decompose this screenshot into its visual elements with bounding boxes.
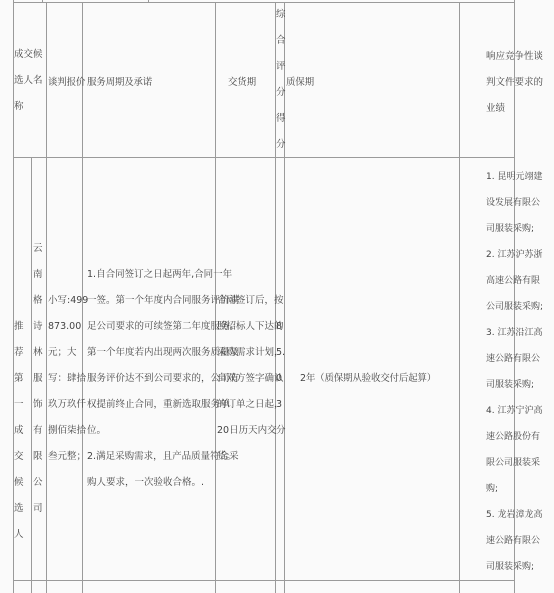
cell-text: 5. 龙岩漳龙高 xyxy=(486,502,548,528)
cell-text: 云 xyxy=(33,236,45,262)
cell-text: 采购需求计划， xyxy=(217,340,277,366)
cell-text: 4. 江苏宁沪高 xyxy=(486,398,548,424)
cell-text: 司 xyxy=(33,496,45,522)
header-text: 评 xyxy=(276,54,285,80)
cell-text: 自双方签字确认 xyxy=(217,366,277,392)
header-text: 综 xyxy=(276,2,285,28)
cell-text: 公 xyxy=(33,470,45,496)
cell-text: 2. 江苏沪苏浙 xyxy=(486,242,548,268)
cell-text: 小写:499 xyxy=(48,288,84,314)
cell-text: 推荐 xyxy=(14,314,31,366)
cell-text: 8 xyxy=(276,314,285,340)
cell-text: 照招标人下达的 xyxy=(217,314,277,340)
cell-text: 的订单之日起， xyxy=(217,392,277,418)
cell-text: 司服装采购; xyxy=(486,372,548,398)
cell-text: 速公路股份有 xyxy=(486,424,548,450)
header-bottom-border xyxy=(13,157,514,158)
service-period: 1.自合同签订之日起两年,合同一年 一签。第一个年度内合同服务评价满 足公司要求… xyxy=(87,262,217,496)
cell-text: 第一 xyxy=(14,366,31,418)
header-overall-score: 综 合 评 分 得 分 xyxy=(276,2,285,158)
cell-text: 0 xyxy=(276,366,285,392)
cell-text: 诗 xyxy=(33,314,45,340)
cell-text: 玖万玖仟 xyxy=(48,392,84,418)
header-text: 响应竞争性谈 xyxy=(486,44,546,70)
cell-text: 有 xyxy=(33,418,45,444)
header-text: 分 xyxy=(276,80,285,106)
header-negotiated-price: 谈判报价 xyxy=(48,70,84,96)
header-delivery-period: 交货期 xyxy=(228,70,274,96)
cell-text: 一签。第一个年度内合同服务评价满 xyxy=(87,288,217,314)
header-text: 成交候 xyxy=(14,42,46,68)
cell-text: 司服装采购; xyxy=(486,554,548,580)
header-candidate-name: 成交候 选人名 称 xyxy=(14,42,46,120)
cell-text: 速公路有限公 xyxy=(486,346,548,372)
header-warranty-period: 质保期 xyxy=(286,70,346,96)
prev-row-divider xyxy=(42,0,43,3)
cell-text: 货。 xyxy=(217,444,277,470)
header-text: 分 xyxy=(276,132,285,158)
cell-text: 捌佰柒拾 xyxy=(48,418,84,444)
header-text: 判文件要求的 xyxy=(486,70,546,96)
cell-text: 设发展有限公 xyxy=(486,190,548,216)
performance: 1. 昆明元翊建 设发展有限公 司服装采购; 2. 江苏沪苏浙 高速公路有限 公… xyxy=(486,164,548,580)
col-divider xyxy=(31,157,32,593)
negotiated-price: 小写:499 873.00 元；大 写：肆拾 玖万玖仟 捌佰柒拾 叁元整； xyxy=(48,288,84,470)
prev-row-divider xyxy=(148,0,149,3)
col-divider xyxy=(46,157,47,593)
col-divider xyxy=(46,2,47,157)
table-top-border xyxy=(13,2,514,3)
cell-text: 20日历天内交 xyxy=(217,418,277,444)
cell-text: 873.00 xyxy=(48,314,84,340)
cell-text: 分 xyxy=(276,418,285,444)
cell-text: 南 xyxy=(33,262,45,288)
overall-score: 8 5. 0 3 分 xyxy=(276,314,285,444)
results-table: 成交候 选人名 称 谈判报价 服务周期及承诺 交货期 综 合 评 分 得 分 质… xyxy=(0,0,554,593)
delivery-period: 合同签订后，按 照招标人下达的 采购需求计划， 自双方签字确认 的订单之日起， … xyxy=(217,288,277,470)
cell-text: 限 xyxy=(33,444,45,470)
col-divider xyxy=(459,2,460,593)
cell-text: 位。 xyxy=(87,418,217,444)
cell-text: 成交 xyxy=(14,418,31,470)
cell-text: 高速公路有限 xyxy=(486,268,548,294)
header-text: 合 xyxy=(276,28,285,54)
cell-text: 购; xyxy=(486,476,548,502)
cell-text: 1. 昆明元翊建 xyxy=(486,164,548,190)
cell-text: 公司服装采购; xyxy=(486,294,548,320)
cell-text: 第一个年度若内出现两次服务质量及 xyxy=(87,340,217,366)
cell-text: 1.自合同签订之日起两年,合同一年 xyxy=(87,262,217,288)
header-text: 选人名 xyxy=(14,68,46,94)
cell-text: 元；大 xyxy=(48,340,84,366)
cell-text: 候选 xyxy=(14,470,31,522)
candidate-name: 云 南 格 诗 林 服 饰 有 限 公 司 xyxy=(33,236,45,522)
cell-text: 格 xyxy=(33,288,45,314)
cell-text: 饰 xyxy=(33,392,45,418)
warranty-period: 2年（质保期从验收交付后起算） xyxy=(300,366,460,392)
header-service-period: 服务周期及承诺 xyxy=(87,70,212,96)
cell-text: 林 xyxy=(33,340,45,366)
cell-text: 权提前终止合同，重新选取服务单 xyxy=(87,392,217,418)
cell-text: 写：肆拾 xyxy=(48,366,84,392)
cell-text: 3. 江苏沿江高 xyxy=(486,320,548,346)
header-text: 得 xyxy=(276,106,285,132)
cell-text: 司服装采购; xyxy=(486,216,548,242)
cell-text: 服 xyxy=(33,366,45,392)
cell-text: 速公路有限公 xyxy=(486,528,548,554)
cell-text: 2.满足采购需求，且产品质量符合采 xyxy=(87,444,217,470)
header-text: 业绩 xyxy=(486,96,546,122)
header-text: 称 xyxy=(14,94,46,120)
header-performance: 响应竞争性谈 判文件要求的 业绩 xyxy=(486,44,546,122)
cell-text: 叁元整； xyxy=(48,444,84,470)
cell-text: 合同签订后，按 xyxy=(217,288,277,314)
cell-text: 购人要求，一次验收合格。. xyxy=(87,470,217,496)
cell-text: 足公司要求的可续签第二年度服务。 xyxy=(87,314,217,340)
cell-text: 限公司服装采 xyxy=(486,450,548,476)
cell-text: 5. xyxy=(276,340,285,366)
cell-text: 3 xyxy=(276,392,285,418)
cell-text: 人 xyxy=(14,522,31,548)
cell-text: 服务评价达不到公司要求的，公司有 xyxy=(87,366,217,392)
row-bottom-border xyxy=(13,580,514,581)
rank-label: 推荐 第一 成交 候选 人 xyxy=(14,314,31,548)
